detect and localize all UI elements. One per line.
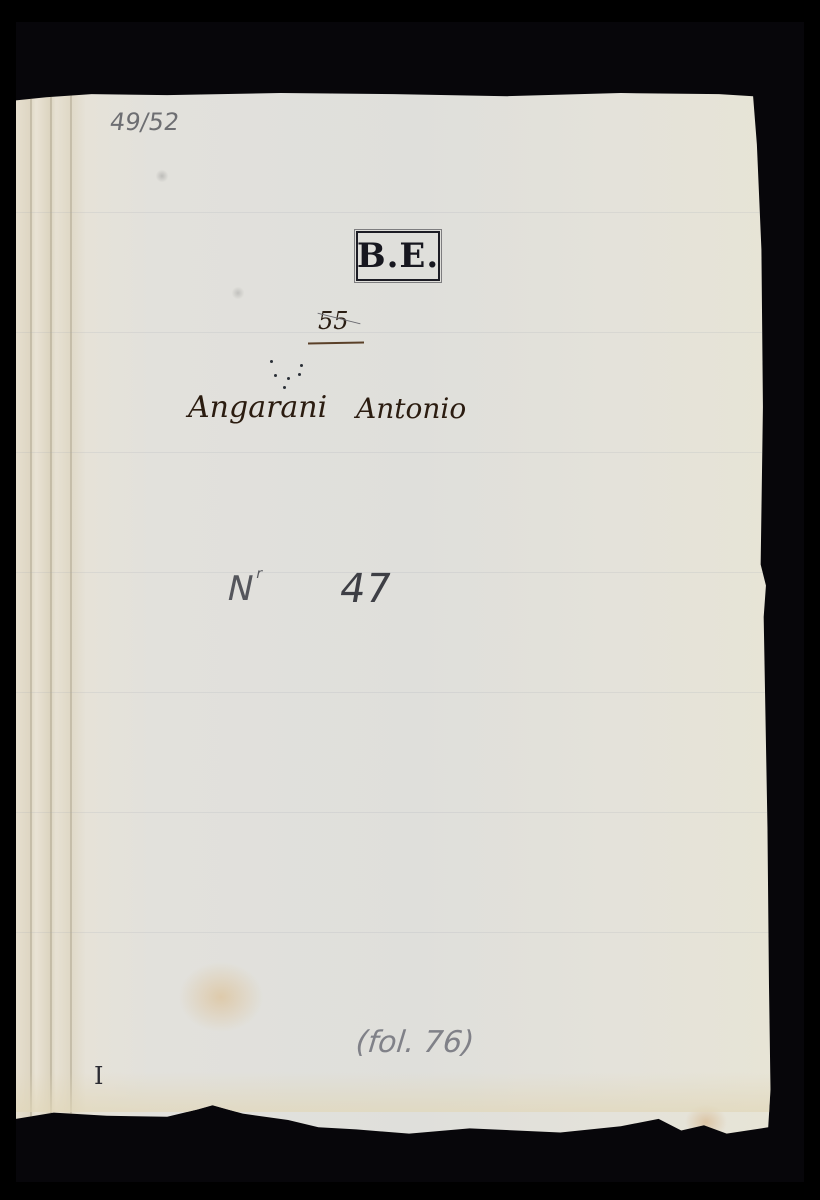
paper-texture-line	[16, 932, 772, 933]
be-stamp: B.E.	[356, 231, 440, 281]
archive-number: 49/52	[108, 108, 181, 136]
volume-mark: I	[94, 1062, 103, 1090]
record-number: 47	[336, 566, 395, 612]
ink-speck	[283, 386, 286, 389]
paper-texture-line	[16, 572, 772, 573]
given-name: Antonio	[356, 392, 466, 425]
folio-number: 55	[318, 307, 349, 335]
ink-speck	[274, 374, 277, 377]
fold-line	[30, 92, 32, 1142]
paper-texture-line	[16, 812, 772, 813]
paper-texture-line	[16, 332, 772, 333]
ink-speck	[300, 364, 303, 367]
ink-speck	[298, 373, 301, 376]
paper-texture-line	[16, 452, 772, 453]
paper-texture-line	[16, 212, 772, 213]
edge-discoloration	[16, 1072, 772, 1112]
paper-texture-line	[16, 692, 772, 693]
fold-line	[50, 92, 52, 1142]
fold-line	[70, 92, 72, 1142]
surname: Angarani	[188, 390, 327, 425]
ink-speck	[287, 377, 290, 380]
ink-speck	[270, 360, 273, 363]
folio-reference: (fol. 76)	[354, 1025, 476, 1060]
